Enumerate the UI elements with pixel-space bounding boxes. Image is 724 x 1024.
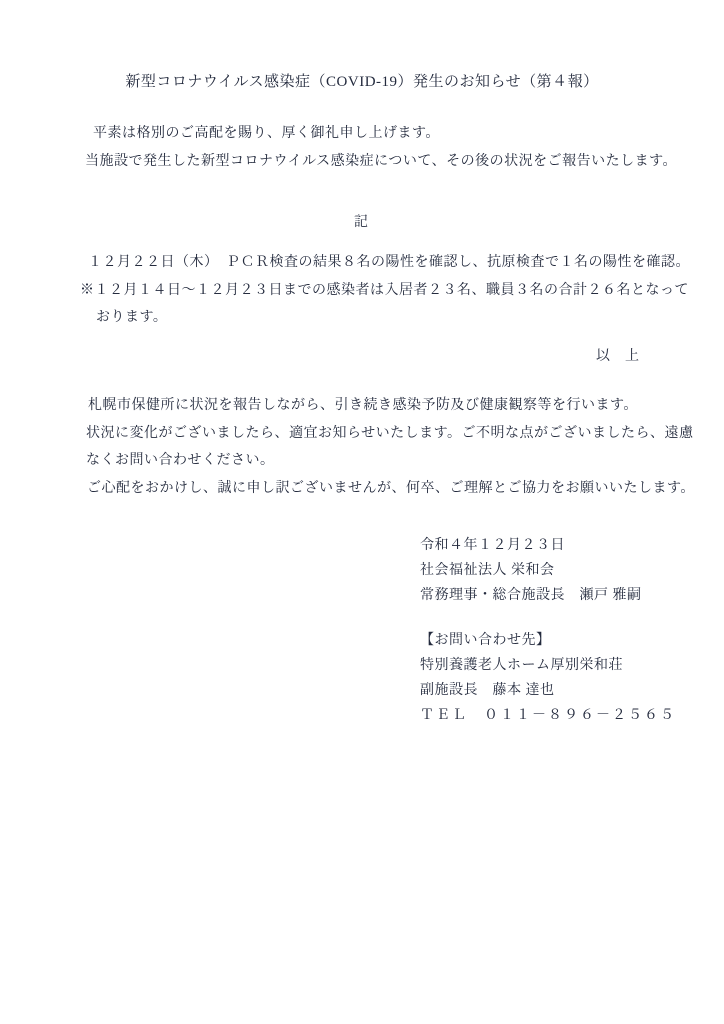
document-title: 新型コロナウイルス感染症（COVID-19）発生のお知らせ（第４報） xyxy=(0,74,724,91)
contact-facility: 特別養護老人ホーム厚別栄和荘 xyxy=(420,658,623,674)
contact-tel: ＴＥＬ ０１１－８９６－２５６５ xyxy=(420,708,676,724)
contact-heading: 【お問い合わせ先】 xyxy=(420,633,551,649)
closing-marker: 以 上 xyxy=(596,349,640,365)
followup-line-2: 状況に変化がございましたら、適宜お知らせいたします。ご不明な点がございましたら、… xyxy=(86,426,693,442)
report-line-1: １２月２２日（木） ＰＣＲ検査の結果８名の陽性を確認し、抗原検査で１名の陽性を確… xyxy=(88,255,690,271)
greeting-line-1: 平素は格別のご高配を賜り、厚く御礼申し上げます。 xyxy=(93,126,440,142)
followup-line-1: 札幌市保健所に状況を報告しながら、引き続き感染予防及び健康観察等を行います。 xyxy=(88,398,638,414)
record-marker: 記 xyxy=(0,215,724,231)
followup-line-3: なくお問い合わせください。 xyxy=(86,453,275,469)
signature-organization: 社会福祉法人 栄和会 xyxy=(420,563,555,579)
notice-document-page: 新型コロナウイルス感染症（COVID-19）発生のお知らせ（第４報） 平素は格別… xyxy=(0,0,724,1024)
signature-signer: 常務理事・総合施設長 瀬戸 雅嗣 xyxy=(420,588,642,604)
report-line-2: ※１２月１４日～１２月２３日までの感染者は入居者２３名、職員３名の合計２６名とな… xyxy=(80,283,689,299)
signature-date: 令和４年１２月２３日 xyxy=(420,538,565,554)
report-line-3: おります。 xyxy=(96,310,167,326)
followup-line-4: ご心配をおかけし、誠に申し訳ございませんが、何卒、ご理解とご協力をお願いいたしま… xyxy=(87,481,695,497)
contact-person: 副施設長 藤本 達也 xyxy=(420,683,555,699)
greeting-line-2: 当施設で発生した新型コロナウイルス感染症について、その後の状況をご報告いたします… xyxy=(85,154,677,170)
